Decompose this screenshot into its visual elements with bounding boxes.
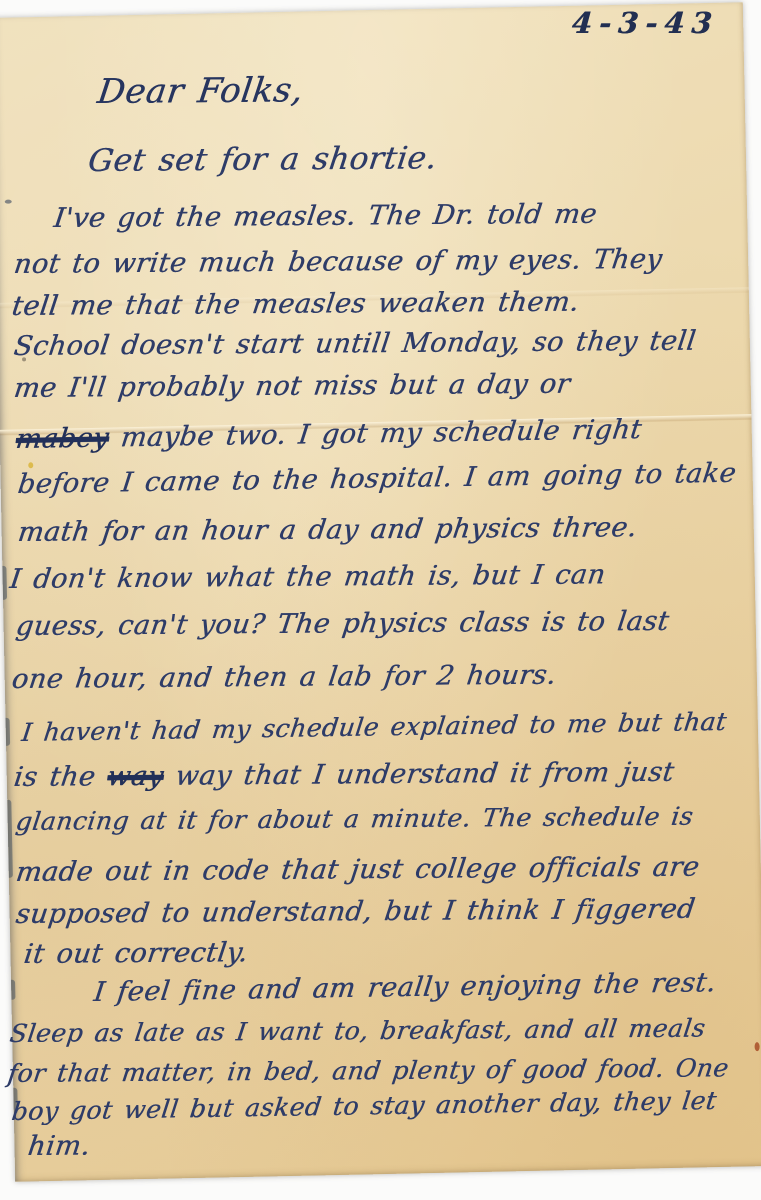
line-text: for that matter, in bed, and plenty of g…: [6, 1053, 731, 1088]
ink-fleck: [755, 1042, 760, 1051]
paper-edge-tear: [7, 800, 13, 878]
line-text: tell me that the measles weaken them.: [10, 287, 581, 322]
line-text: made out in code that just college offic…: [14, 852, 701, 888]
letter-line: me I'll probably not miss but a day or: [12, 369, 572, 404]
strikethrough-word: mabey: [14, 423, 111, 455]
letter-line: I don't know what the math is, but I can: [8, 559, 607, 595]
line-text: math for an hour a day and physics three…: [16, 512, 639, 548]
letter-line: math for an hour a day and physics three…: [16, 512, 639, 548]
line-text: one hour, and then a lab for 2 hours.: [10, 660, 558, 695]
letter-line: it out correctly.: [22, 937, 250, 970]
letter-line: for that matter, in bed, and plenty of g…: [6, 1053, 731, 1088]
line-text: Dear Folks,: [95, 70, 306, 112]
letter-line: not to write much because of my eyes. Th…: [12, 244, 664, 280]
line-text: I've got the measles. The Dr. told me: [52, 199, 599, 234]
letter-line: School doesn't start untill Monday, so t…: [12, 326, 698, 362]
letter-line: guess, can't you? The physics class is t…: [14, 606, 671, 642]
line-text: it out correctly.: [22, 937, 250, 970]
letter-line: is the way way that I understand it from…: [12, 757, 676, 793]
edge-mark: [5, 200, 12, 204]
letter-line: one hour, and then a lab for 2 hours.: [10, 660, 558, 695]
scanned-letter-page: 4-3-43 Dear Folks, Get set for a shortie…: [0, 0, 761, 1200]
paper-edge-tear: [6, 718, 11, 746]
paper-edge-tear: [11, 980, 15, 1000]
letter-line: I've got the measles. The Dr. told me: [52, 199, 599, 234]
salutation-line: Dear Folks,: [95, 70, 306, 112]
letter-date: 4-3-43: [571, 6, 720, 40]
strikethrough-word: way: [105, 761, 165, 792]
line-text: not to write much because of my eyes. Th…: [12, 244, 664, 280]
line-text: glancing at it for about a minute. The s…: [14, 802, 695, 836]
line-text: I don't know what the math is, but I can: [8, 559, 607, 595]
letter-line: made out in code that just college offic…: [14, 852, 701, 888]
line-text: supposed to understand, but I think I fi…: [14, 894, 697, 930]
letter-line: supposed to understand, but I think I fi…: [14, 894, 697, 930]
line-text: is the: [12, 761, 110, 793]
line-text: him.: [26, 1131, 92, 1162]
letter-line: him.: [26, 1131, 92, 1162]
letter-line: glancing at it for about a minute. The s…: [14, 802, 695, 836]
line-text: me I'll probably not miss but a day or: [12, 369, 572, 404]
letter-line: tell me that the measles weaken them.: [10, 287, 581, 322]
line-text: School doesn't start untill Monday, so t…: [12, 326, 698, 362]
line-text: Get set for a shortie.: [86, 140, 439, 179]
letter-line: Get set for a shortie.: [86, 140, 439, 179]
paper-edge-tear: [2, 566, 7, 600]
paper-stain: [28, 462, 33, 468]
letter-line: Sleep as late as I want to, breakfast, a…: [8, 1014, 707, 1048]
line-text: Sleep as late as I want to, breakfast, a…: [8, 1014, 707, 1048]
line-text: way that I understand it from just: [162, 757, 677, 792]
line-text: guess, can't you? The physics class is t…: [14, 606, 671, 642]
